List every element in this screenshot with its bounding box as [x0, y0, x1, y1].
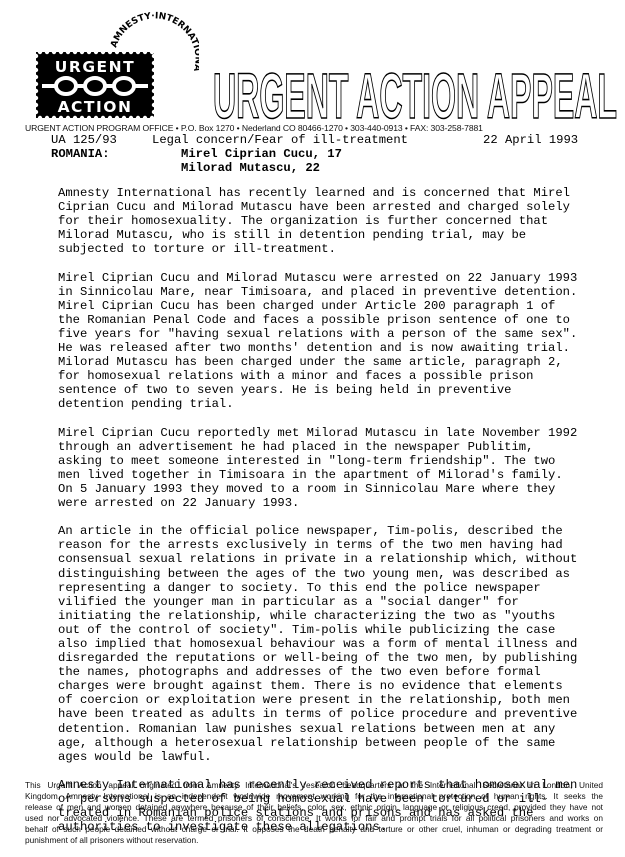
- appeal-body: Amnesty International has recently learn…: [58, 186, 618, 848]
- paragraph-line: An article in the official police newspa…: [58, 524, 618, 538]
- footer-line: used nor advocated violence. These are t…: [25, 813, 603, 824]
- paragraph-line: On 5 January 1993 they moved to a room i…: [58, 482, 618, 496]
- paragraph-1: Amnesty International has recently learn…: [58, 186, 618, 256]
- paragraph-line: out of the control of society". Tim-poli…: [58, 623, 618, 637]
- paragraph-line: Mirel Ciprian Cucu reportedly met Milora…: [58, 426, 618, 440]
- page-title: URGENT ACTION APPEAL: [205, 55, 625, 125]
- paragraph-line: in Sinnicolau Mare, near Timisoara, and …: [58, 285, 618, 299]
- issue-date: 22 April 1993: [483, 133, 578, 147]
- paragraph-line: five years for "having sexual relations …: [58, 327, 618, 341]
- paragraph-2: Mirel Ciprian Cucu and Milorad Mutascu w…: [58, 271, 618, 412]
- paragraph-line: were arrested on 22 January 1993.: [58, 496, 618, 510]
- paragraph-line: disregarded the reputations or well-bein…: [58, 651, 618, 665]
- paragraph-line: asking to meet someone interested in "lo…: [58, 454, 618, 468]
- urgent-action-stamp-icon: URGENT ACTION AMNESTY·INTERNATIONAL: [24, 8, 199, 123]
- paragraph-line: men lived together in Timisoara in the a…: [58, 468, 618, 482]
- paragraph-line: age, although a heterosexual relationshi…: [58, 736, 618, 750]
- office-address-line: URGENT ACTION PROGRAM OFFICE • P.O. Box …: [25, 123, 625, 133]
- footer-line: behalf of such people detained without c…: [25, 824, 603, 835]
- footer-line: Kingdom. Amnesty International is an ind…: [25, 791, 603, 802]
- paragraph-line: distinguishing between the ages of the t…: [58, 567, 618, 581]
- paragraph-line: Amnesty International has recently learn…: [58, 186, 618, 200]
- paragraph-line: charges were brought against them. There…: [58, 679, 618, 693]
- paragraph-line: the Romanian Penal Code and faces a poss…: [58, 313, 618, 327]
- paragraph-line: detention. Romanian law punishes sexual …: [58, 722, 618, 736]
- footer-line: release of men and women detained anywhe…: [25, 802, 603, 813]
- paragraph-3: Mirel Ciprian Cucu reportedly met Milora…: [58, 426, 618, 511]
- paragraph-line: of coercion or exploitation were present…: [58, 693, 618, 707]
- paragraph-line: representing a danger to society. To thi…: [58, 581, 618, 595]
- paragraph-line: detention pending trial.: [58, 397, 618, 411]
- urgent-action-appeal-title: URGENT ACTION APPEAL: [213, 60, 617, 125]
- logo-bottom-word: ACTION: [58, 98, 133, 116]
- paragraph-line: Mirel Ciprian Cucu has been charged unde…: [58, 299, 618, 313]
- paragraph-line: reason for the arrests exclusively in te…: [58, 538, 618, 552]
- paragraph-4: An article in the official police newspa…: [58, 524, 618, 764]
- paragraph-line: through an advertisement he had placed i…: [58, 440, 618, 454]
- paragraph-line: for their homosexuality. The organizatio…: [58, 214, 618, 228]
- footer-statement: This Urgent Action appeal originated fro…: [25, 780, 603, 846]
- paragraph-line: initiating the relationship, while chara…: [58, 609, 618, 623]
- paragraph-line: the names, photographs and addresses of …: [58, 665, 618, 679]
- paragraph-line: for homosexual relations with a minor an…: [58, 369, 618, 383]
- paragraph-line: have been treated as adults in terms of …: [58, 707, 618, 721]
- ua-number: UA 125/93: [51, 133, 117, 147]
- paragraph-line: Mirel Ciprian Cucu and Milorad Mutascu w…: [58, 271, 618, 285]
- country-label: ROMANIA:: [51, 147, 110, 161]
- paragraph-line: consensual sexual relations in private i…: [58, 552, 618, 566]
- case-subject: Legal concern/Fear of ill-treatment: [152, 133, 408, 147]
- footer-line: This Urgent Action appeal originated fro…: [25, 780, 603, 791]
- paragraph-line: Ciprian Cucu and Milorad Mutascu have be…: [58, 200, 618, 214]
- urgent-action-logo: URGENT ACTION AMNESTY·INTERNATIONAL: [24, 8, 199, 123]
- paragraph-line: He was released after two months' detent…: [58, 341, 618, 355]
- subject-name-2: Milorad Mutascu, 22: [181, 161, 320, 175]
- paragraph-line: Milorad Mutascu has been charged under t…: [58, 355, 618, 369]
- paragraph-line: sentence of two to seven years. He is be…: [58, 383, 618, 397]
- paragraph-line: also implied that homosexual behaviour w…: [58, 637, 618, 651]
- subject-name-1: Mirel Ciprian Cucu, 17: [181, 147, 342, 161]
- paragraph-line: vilified the younger man in particular a…: [58, 595, 618, 609]
- paragraph-line: ages would be lawful.: [58, 750, 618, 764]
- footer-line: punishment of all prisoners without rese…: [25, 835, 603, 846]
- paragraph-line: Milorad Mutascu, who is still in detenti…: [58, 228, 618, 242]
- paragraph-line: subjected to torture or ill-treatment.: [58, 242, 618, 256]
- logo-top-word: URGENT: [55, 58, 135, 76]
